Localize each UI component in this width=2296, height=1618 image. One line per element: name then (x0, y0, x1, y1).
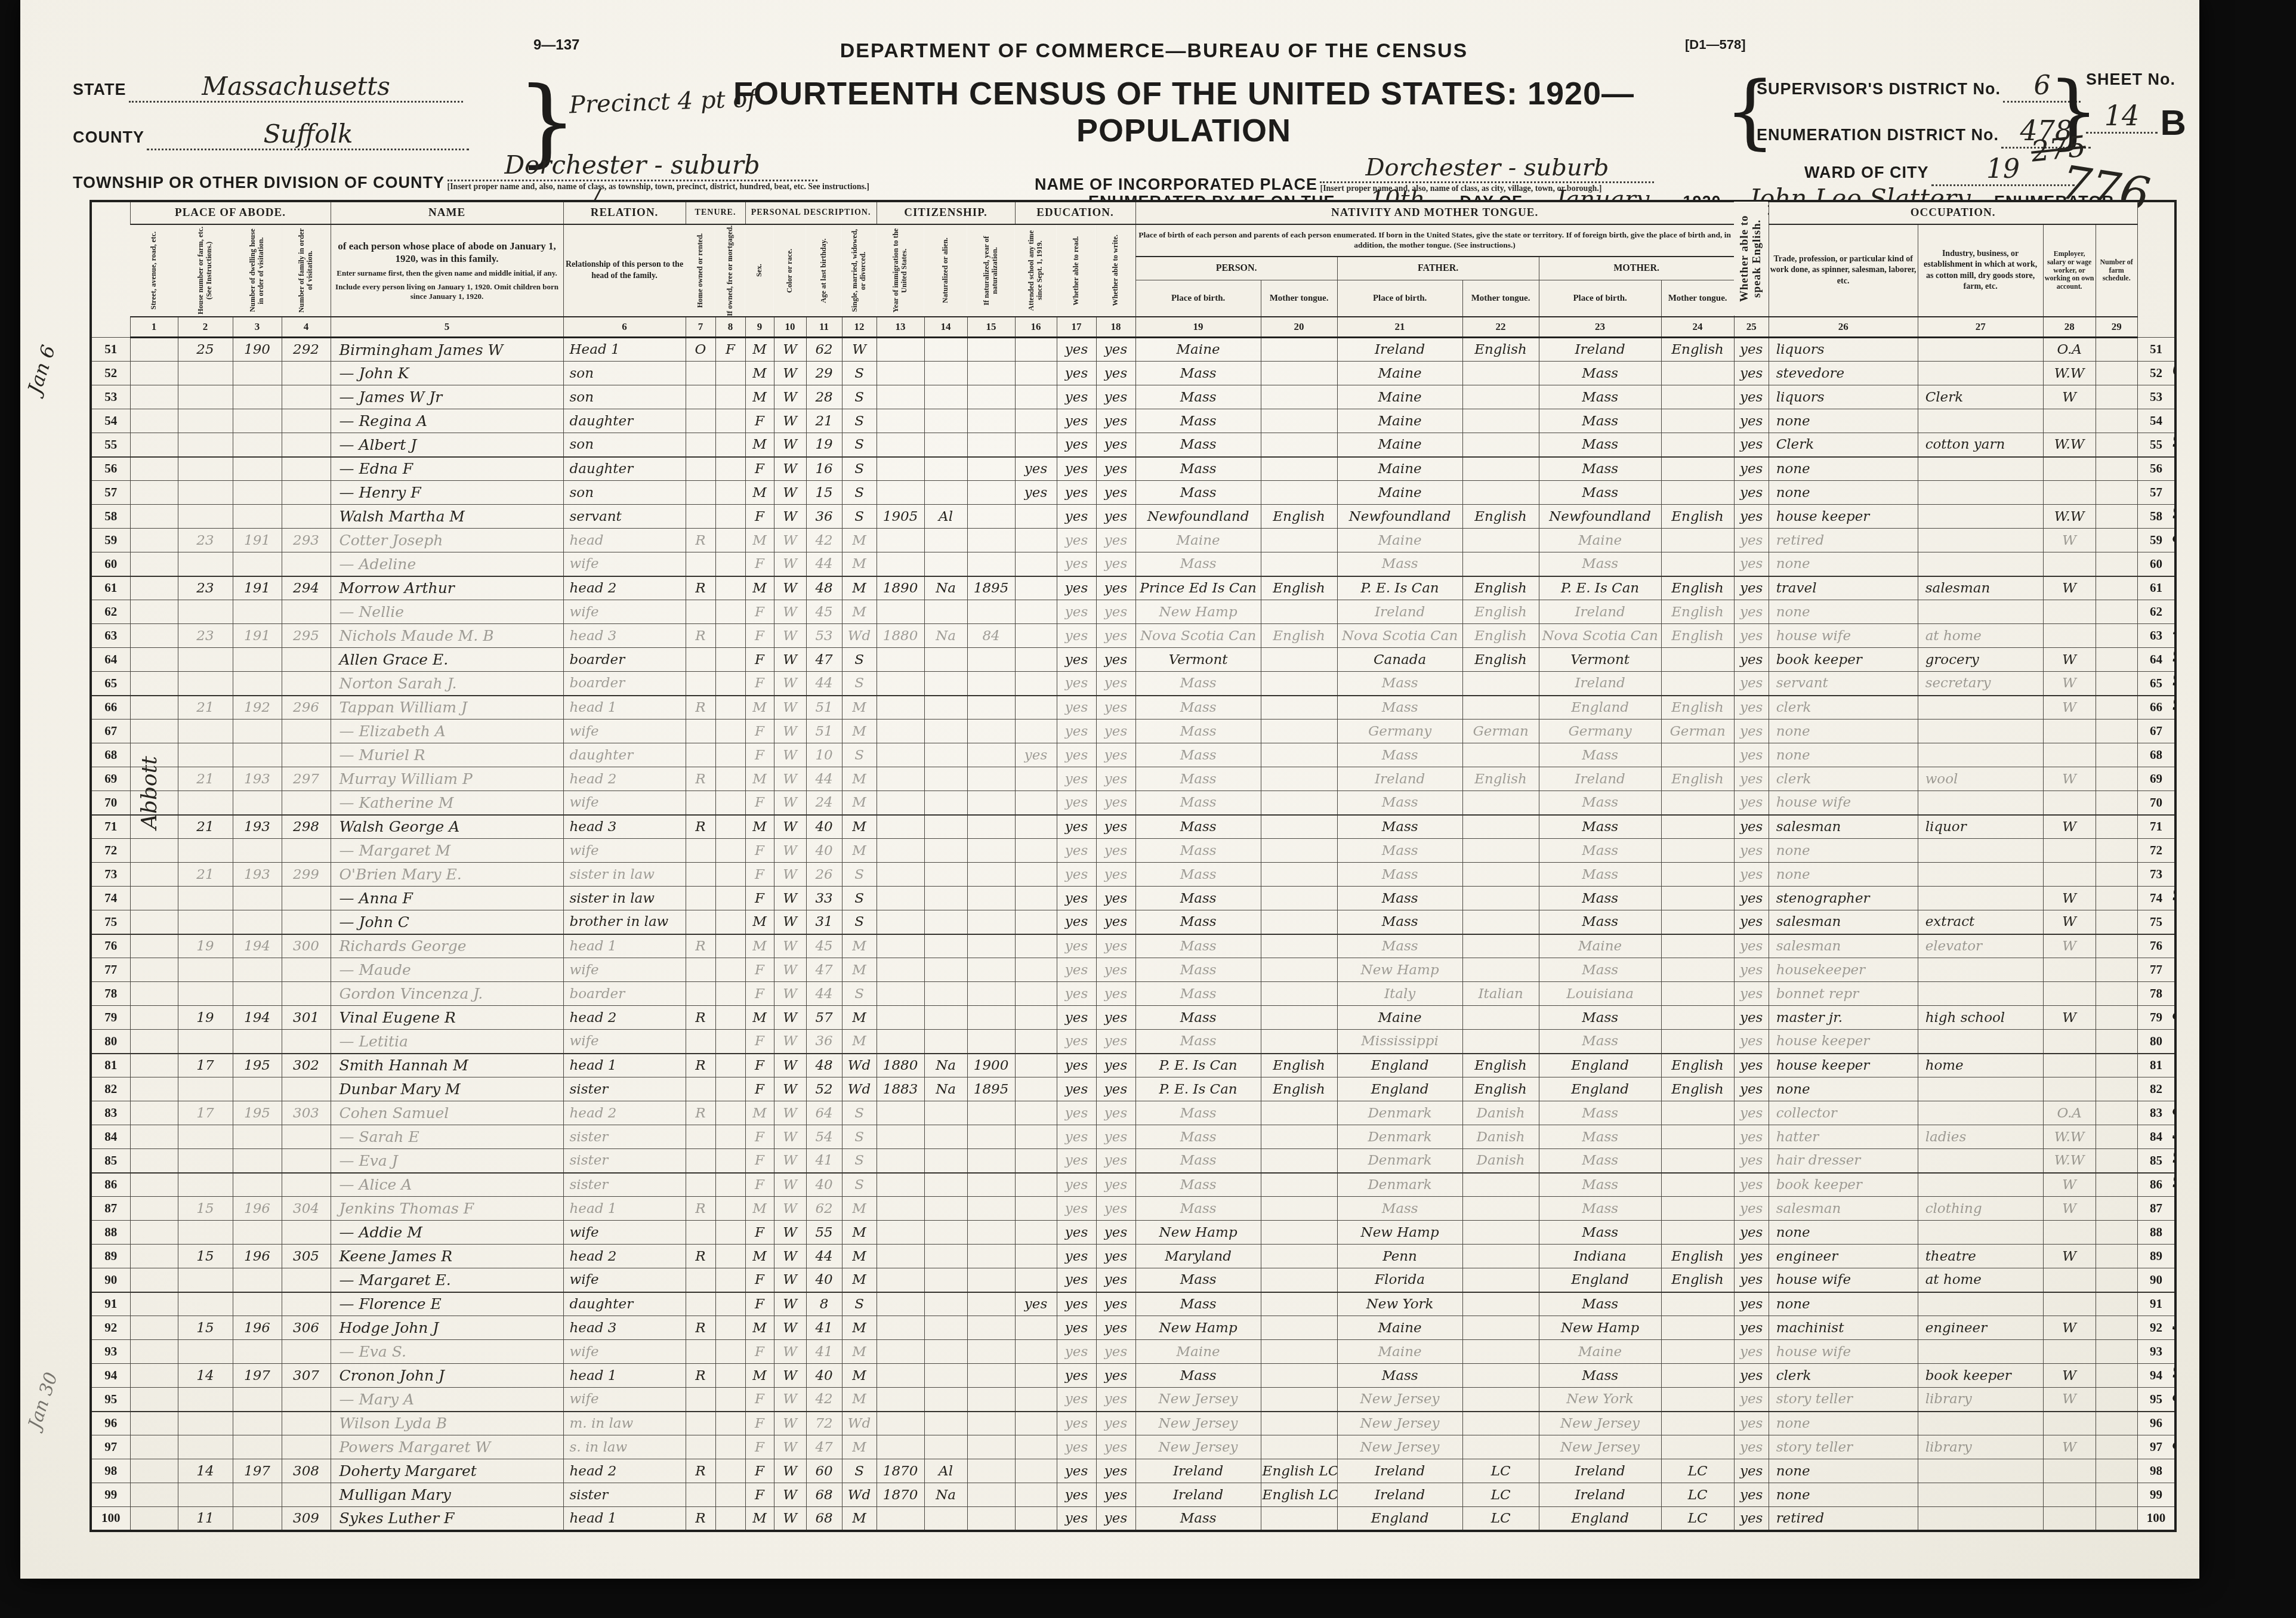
cell-house-number (178, 1268, 233, 1292)
cell-trade: none (1769, 457, 1918, 481)
cell-house-number (178, 1388, 233, 1412)
column-number: 25 (1734, 317, 1769, 338)
cell-trade: machinist (1769, 1316, 1918, 1340)
cell-mother-tongue (1661, 982, 1734, 1006)
cell-father-pob: Maine (1337, 362, 1462, 385)
cell-speaks-english: yes (1734, 839, 1769, 863)
cell-trade: none (1769, 481, 1918, 505)
cell-naturalized (924, 815, 967, 839)
cell-mother-tongue (1661, 887, 1734, 910)
cell-person-tongue: English (1261, 1077, 1337, 1101)
cell-marital: M (842, 839, 877, 863)
line-number-right: 95880 (2137, 1388, 2175, 1412)
cell-dwelling-number: 194 (233, 934, 282, 958)
cell-naturalization-year (967, 791, 1015, 815)
cell-color-race: W (774, 1292, 806, 1316)
cell-able-to-write: yes (1096, 815, 1135, 839)
cell-home-owned: R (686, 1507, 715, 1531)
cell-naturalized (924, 1507, 967, 1531)
cell-marital: M (842, 1197, 877, 1221)
cell-speaks-english: yes (1734, 1125, 1769, 1149)
cell-speaks-english: yes (1734, 576, 1769, 600)
column-number: 29 (2096, 317, 2137, 338)
cell-relation: head 2 (563, 576, 686, 600)
line-number-left: 82 (91, 1077, 130, 1101)
cell-father-pob: Denmark (1337, 1101, 1462, 1125)
cell-industry: elevator (1918, 934, 2043, 958)
table-row: 72 — Margaret M wife F W 40 M yes yes Ma… (91, 839, 2175, 863)
table-row: 61 23 191 294 Morrow Arthur head 2 R M W… (91, 576, 2175, 600)
table-row: 51 25 190 292 Birmingham James W Head 1 … (91, 338, 2175, 362)
cell-able-to-read: yes (1057, 1340, 1096, 1364)
col-header-able-to-read: Whether able to read. (1057, 224, 1096, 317)
margin-number-handwritten: 791 (2172, 910, 2176, 930)
cell-mother-tongue (1661, 433, 1734, 457)
table-row: 77 — Maude wife F W 47 M yes yes Mass Ne… (91, 958, 2175, 982)
cell-father-tongue: English (1462, 505, 1539, 529)
cell-speaks-english: yes (1734, 1173, 1769, 1197)
cell-employer (2043, 1483, 2096, 1507)
cell-father-tongue (1462, 1245, 1539, 1268)
cell-color-race: W (774, 1197, 806, 1221)
cell-mortgage (715, 910, 745, 934)
line-number-printed: 88 (2150, 1225, 2162, 1239)
cell-mother-tongue: LC (1661, 1507, 1734, 1531)
cell-employer: W.W (2043, 362, 2096, 385)
cell-home-owned (686, 505, 715, 529)
cell-father-tongue (1462, 1435, 1539, 1459)
cell-immigration-year (877, 815, 924, 839)
cell-able-to-read: yes (1057, 1006, 1096, 1030)
cell-father-tongue (1462, 743, 1539, 767)
cell-speaks-english: yes (1734, 1101, 1769, 1125)
cell-trade: none (1769, 600, 1918, 624)
cell-mortgage (715, 529, 745, 552)
cell-family-number: 298 (282, 815, 331, 839)
cell-color-race: W (774, 672, 806, 696)
cell-employer (2043, 1340, 2096, 1364)
cell-able-to-read: yes (1057, 529, 1096, 552)
cell-able-to-write: yes (1096, 767, 1135, 791)
cell-name: — Anna F (331, 887, 563, 910)
cell-age: 26 (806, 863, 842, 887)
line-number-right: 80 (2137, 1030, 2175, 1054)
cell-immigration-year (877, 982, 924, 1006)
line-number-right: 84382 (2137, 1125, 2175, 1149)
cell-house-number (178, 362, 233, 385)
cell-name: — Margaret M (331, 839, 563, 863)
table-row: 64 Allen Grace E. boarder F W 47 S yes y… (91, 648, 2175, 672)
cell-farm-schedule (2096, 696, 2137, 720)
cell-farm-schedule (2096, 720, 2137, 743)
cell-street (130, 1245, 178, 1268)
name-main-instruction: of each person whose place of abode on J… (332, 240, 562, 265)
cell-able-to-write: yes (1096, 910, 1135, 934)
cell-able-to-write: yes (1096, 1149, 1135, 1173)
col-header-house-number: House number or farm, etc. (See Instruct… (178, 224, 233, 317)
cell-employer (2043, 481, 2096, 505)
cell-industry: secretary (1918, 672, 2043, 696)
cell-farm-schedule (2096, 576, 2137, 600)
column-number: 21 (1337, 317, 1462, 338)
margin-number-handwritten: 994 (2172, 1364, 2176, 1383)
cell-farm-schedule (2096, 1412, 2137, 1435)
cell-dwelling-number (233, 552, 282, 576)
cell-family-number: 294 (282, 576, 331, 600)
line-number-right: 63— (2137, 624, 2175, 648)
cell-father-pob: Ireland (1337, 600, 1462, 624)
cell-mother-tongue (1661, 958, 1734, 982)
cell-industry (1918, 1149, 2043, 1173)
cell-mother-tongue (1661, 1364, 1734, 1388)
cell-immigration-year (877, 887, 924, 910)
cell-mortgage (715, 362, 745, 385)
table-row: 90 — Margaret E. wife F W 40 M yes yes M… (91, 1268, 2175, 1292)
cell-marital: M (842, 934, 877, 958)
cell-industry (1918, 958, 2043, 982)
cell-speaks-english: yes (1734, 1054, 1769, 1077)
cell-name: Walsh George A (331, 815, 563, 839)
cell-marital: M (842, 720, 877, 743)
line-number-left: 93 (91, 1340, 130, 1364)
cell-mother-tongue (1661, 552, 1734, 576)
cell-naturalization-year: 1895 (967, 576, 1015, 600)
census-title: FOURTEENTH CENSUS OF THE UNITED STATES: … (665, 75, 1703, 149)
cell-able-to-write: yes (1096, 1340, 1135, 1364)
cell-street (130, 863, 178, 887)
cell-person-pob: New Jersey (1135, 1412, 1261, 1435)
cell-color-race: W (774, 1173, 806, 1197)
cell-sex: M (745, 815, 774, 839)
cell-street (130, 409, 178, 433)
cell-father-pob: Nova Scotia Can (1337, 624, 1462, 648)
cell-house-number (178, 1125, 233, 1149)
table-row: 75 — John C brother in law M W 31 S yes … (91, 910, 2175, 934)
cell-house-number (178, 791, 233, 815)
cell-employer (2043, 1412, 2096, 1435)
table-row: 87 15 196 304 Jenkins Thomas F head 1 R … (91, 1197, 2175, 1221)
cell-person-pob: Mass (1135, 1292, 1261, 1316)
cell-immigration-year: 1905 (877, 505, 924, 529)
cell-family-number: 295 (282, 624, 331, 648)
cell-color-race: W (774, 1388, 806, 1412)
table-row: 68 — Muriel R daughter F W 10 S yes yes … (91, 743, 2175, 767)
cell-person-tongue (1261, 552, 1337, 576)
cell-house-number (178, 672, 233, 696)
column-number: 18 (1096, 317, 1135, 338)
cell-sex: F (745, 982, 774, 1006)
cell-relation: m. in law (563, 1412, 686, 1435)
line-number-printed: 63 (2150, 628, 2162, 643)
state-field: STATE Massachusetts (73, 72, 463, 103)
cell-attended-school (1015, 958, 1057, 982)
name-sub-instruction-1: Enter surname first, then the given name… (332, 268, 562, 278)
cell-home-owned (686, 1292, 715, 1316)
col-header-marital: Single, married, widowed, or divorced. (842, 224, 877, 317)
cell-able-to-write: yes (1096, 887, 1135, 910)
cell-relation: wife (563, 1030, 686, 1054)
cell-age: 24 (806, 791, 842, 815)
cell-father-tongue (1462, 1173, 1539, 1197)
cell-sex: F (745, 1149, 774, 1173)
cell-industry: at home (1918, 1268, 2043, 1292)
cell-mother-pob: England (1539, 1054, 1661, 1077)
col-header-naturalized: Naturalized or alien. (924, 224, 967, 317)
township-value: Dorchester - suburb (448, 150, 817, 181)
cell-attended-school (1015, 672, 1057, 696)
table-row: 89 15 196 305 Keene James R head 2 R M W… (91, 1245, 2175, 1268)
cell-mortgage (715, 1459, 745, 1483)
column-number: 5 (331, 317, 563, 338)
cell-attended-school (1015, 1483, 1057, 1507)
cell-mother-pob: Mass (1539, 1364, 1661, 1388)
cell-father-pob: England (1337, 1507, 1462, 1531)
cell-marital: M (842, 1268, 877, 1292)
cell-home-owned (686, 385, 715, 409)
cell-attended-school (1015, 338, 1057, 362)
cell-father-pob: Mass (1337, 934, 1462, 958)
cell-immigration-year (877, 1340, 924, 1364)
cell-house-number (178, 1435, 233, 1459)
cell-marital: S (842, 457, 877, 481)
cell-farm-schedule (2096, 600, 2137, 624)
cell-father-tongue: English (1462, 600, 1539, 624)
cell-street (130, 648, 178, 672)
cell-age: 33 (806, 887, 842, 910)
line-number-left: 59 (91, 529, 130, 552)
cell-person-tongue (1261, 1173, 1337, 1197)
cell-immigration-year: 1870 (877, 1459, 924, 1483)
cell-attended-school (1015, 863, 1057, 887)
cell-house-number: 14 (178, 1459, 233, 1483)
cell-trade: none (1769, 409, 1918, 433)
cell-house-number (178, 1221, 233, 1245)
cell-marital: M (842, 1221, 877, 1245)
cell-color-race: W (774, 648, 806, 672)
cell-mother-tongue: English (1661, 600, 1734, 624)
cell-attended-school (1015, 1459, 1057, 1483)
line-number-printed: 93 (2150, 1344, 2162, 1358)
cell-father-tongue (1462, 385, 1539, 409)
table-row: 60 — Adeline wife F W 44 M yes yes Mass … (91, 552, 2175, 576)
cell-person-tongue (1261, 1507, 1337, 1531)
cell-relation: daughter (563, 743, 686, 767)
cell-marital: S (842, 1125, 877, 1149)
cell-farm-schedule (2096, 1149, 2137, 1173)
cell-name: Vinal Eugene R (331, 1006, 563, 1030)
cell-marital: S (842, 982, 877, 1006)
cell-naturalization-year (967, 457, 1015, 481)
line-number-left: 78 (91, 982, 130, 1006)
cell-speaks-english: yes (1734, 1030, 1769, 1054)
cell-street (130, 1101, 178, 1125)
cell-house-number (178, 1149, 233, 1173)
cell-trade: house keeper (1769, 1054, 1918, 1077)
cell-color-race: W (774, 600, 806, 624)
col-header-able-to-write: Whether able to write. (1096, 224, 1135, 317)
cell-mother-tongue (1661, 1388, 1734, 1412)
cell-immigration-year (877, 958, 924, 982)
cell-father-tongue: Danish (1462, 1149, 1539, 1173)
line-number-printed: 68 (2150, 748, 2162, 762)
cell-mortgage (715, 1483, 745, 1507)
cell-mother-pob: England (1539, 1268, 1661, 1292)
cell-name: — Elizabeth A (331, 720, 563, 743)
cell-father-pob: England (1337, 1054, 1462, 1077)
cell-color-race: W (774, 743, 806, 767)
cell-person-pob: Mass (1135, 982, 1261, 1006)
cell-marital: M (842, 1388, 877, 1412)
cell-speaks-english: yes (1734, 815, 1769, 839)
census-table: PLACE OF ABODE. NAME RELATION. TENURE. P… (90, 200, 2177, 1532)
cell-trade: house wife (1769, 624, 1918, 648)
col-header-immigration-year: Year of immigration to the United States… (877, 224, 924, 317)
cell-street (130, 1221, 178, 1245)
cell-father-pob: Ireland (1337, 338, 1462, 362)
cell-street (130, 1388, 178, 1412)
cell-marital: S (842, 1292, 877, 1316)
margin-number-handwritten: 862 (2172, 1006, 2176, 1025)
cell-father-pob: Mass (1337, 839, 1462, 863)
cell-naturalization-year (967, 863, 1015, 887)
col-header-father-pob: Place of birth. (1337, 280, 1462, 317)
cell-color-race: W (774, 409, 806, 433)
cell-relation: head 1 (563, 934, 686, 958)
col-header-mother-pob: Place of birth. (1539, 280, 1661, 317)
cell-name: Allen Grace E. (331, 648, 563, 672)
line-number-left: 91 (91, 1292, 130, 1316)
cell-trade: salesman (1769, 1197, 1918, 1221)
cell-family-number (282, 1412, 331, 1435)
cell-family-number: 297 (282, 767, 331, 791)
cell-father-pob: Mass (1337, 552, 1462, 576)
cell-attended-school (1015, 362, 1057, 385)
cell-able-to-write: yes (1096, 1006, 1135, 1030)
cell-color-race: W (774, 1006, 806, 1030)
cell-color-race: W (774, 696, 806, 720)
line-number-right: 62 (2137, 600, 2175, 624)
cell-marital: M (842, 791, 877, 815)
cell-naturalized (924, 1006, 967, 1030)
cell-farm-schedule (2096, 362, 2137, 385)
cell-age: 44 (806, 1245, 842, 1268)
cell-naturalized (924, 409, 967, 433)
cell-sex: M (745, 362, 774, 385)
cell-relation: Head 1 (563, 338, 686, 362)
cell-able-to-read: yes (1057, 839, 1096, 863)
cell-naturalized (924, 1125, 967, 1149)
cell-farm-schedule (2096, 338, 2137, 362)
cell-speaks-english: yes (1734, 1388, 1769, 1412)
cell-attended-school (1015, 1054, 1057, 1077)
cell-dwelling-number (233, 910, 282, 934)
cell-industry (1918, 696, 2043, 720)
cell-house-number (178, 1077, 233, 1101)
cell-dwelling-number (233, 720, 282, 743)
cell-age: 44 (806, 672, 842, 696)
column-number: 16 (1015, 317, 1057, 338)
county-label: COUNTY (73, 128, 144, 146)
cell-farm-schedule (2096, 1268, 2137, 1292)
cell-mortgage (715, 720, 745, 743)
cell-name: Tappan William J (331, 696, 563, 720)
cell-naturalization-year (967, 1030, 1015, 1054)
cell-person-pob: P. E. Is Can (1135, 1077, 1261, 1101)
cell-house-number (178, 505, 233, 529)
cell-relation: boarder (563, 672, 686, 696)
table-row: 97 Powers Margaret W s. in law F W 47 M … (91, 1435, 2175, 1459)
column-number: 19 (1135, 317, 1261, 338)
cell-street (130, 1340, 178, 1364)
cell-mortgage (715, 1388, 745, 1412)
cell-dwelling-number (233, 505, 282, 529)
cell-home-owned (686, 863, 715, 887)
cell-attended-school (1015, 1221, 1057, 1245)
cell-relation: wife (563, 552, 686, 576)
cell-sex: M (745, 696, 774, 720)
cell-father-pob: Ireland (1337, 767, 1462, 791)
cell-sex: M (745, 576, 774, 600)
cell-able-to-read: yes (1057, 385, 1096, 409)
cell-age: 10 (806, 743, 842, 767)
cell-home-owned (686, 743, 715, 767)
cell-person-tongue (1261, 791, 1337, 815)
cell-naturalized (924, 887, 967, 910)
column-number: 1 (130, 317, 178, 338)
cell-father-tongue (1462, 1197, 1539, 1221)
cell-age: 57 (806, 1006, 842, 1030)
cell-mortgage (715, 1364, 745, 1388)
margin-number-handwritten: 880 (2172, 1435, 2176, 1455)
cell-age: 48 (806, 1054, 842, 1077)
line-number-printed: 84 (2150, 1129, 2162, 1144)
cell-person-tongue (1261, 1101, 1337, 1125)
cell-farm-schedule (2096, 1006, 2137, 1030)
line-number-printed: 79 (2150, 1010, 2162, 1024)
cell-street (130, 1173, 178, 1197)
cell-person-pob: Mass (1135, 887, 1261, 910)
section-occupation: OCCUPATION. (1769, 201, 2137, 224)
cell-speaks-english: yes (1734, 1006, 1769, 1030)
line-number-printed: 77 (2150, 962, 2162, 977)
cell-able-to-write: yes (1096, 552, 1135, 576)
cell-able-to-write: yes (1096, 958, 1135, 982)
cell-family-number: 296 (282, 696, 331, 720)
cell-street (130, 600, 178, 624)
cell-marital: S (842, 672, 877, 696)
cell-able-to-write: yes (1096, 648, 1135, 672)
cell-dwelling-number (233, 1388, 282, 1412)
cell-immigration-year (877, 1507, 924, 1531)
cell-marital: M (842, 529, 877, 552)
cell-age: 42 (806, 529, 842, 552)
line-number-left: 65 (91, 672, 130, 696)
line-number-left: 55 (91, 433, 130, 457)
cell-person-pob: Ireland (1135, 1483, 1261, 1507)
cell-naturalization-year (967, 1125, 1015, 1149)
cell-street (130, 672, 178, 696)
cell-speaks-english: yes (1734, 743, 1769, 767)
cell-immigration-year (877, 767, 924, 791)
cell-father-tongue (1462, 1006, 1539, 1030)
cell-name: Birmingham James W (331, 338, 563, 362)
margin-number-handwritten: 819 (2172, 529, 2176, 548)
cell-employer: W (2043, 1364, 2096, 1388)
cell-sex: F (745, 743, 774, 767)
cell-family-number: 304 (282, 1197, 331, 1221)
cell-speaks-english: yes (1734, 982, 1769, 1006)
line-number-left: 63 (91, 624, 130, 648)
